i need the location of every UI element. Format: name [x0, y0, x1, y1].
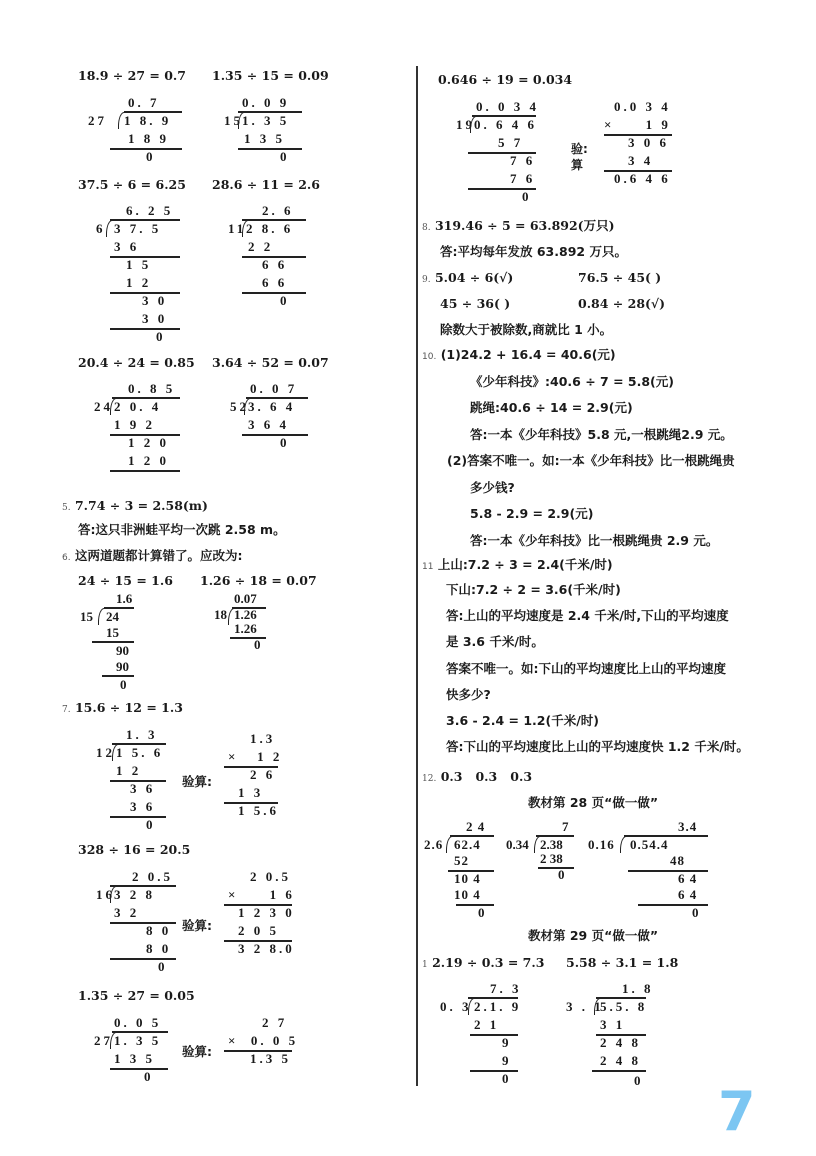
question-number: 5.	[62, 503, 71, 513]
product: 0.6 4 6	[614, 170, 671, 188]
question-number: 10.	[422, 352, 436, 362]
step: 2 1	[474, 1016, 499, 1034]
step: 3 6	[114, 238, 139, 256]
multiplicand: 2 7	[262, 1014, 287, 1032]
divisor: 2.6	[424, 836, 443, 854]
step: 6 4	[678, 886, 697, 904]
equation: 20.4 ÷ 24 = 0.85	[78, 355, 195, 371]
question-8: 8. 319.46 ÷ 5 = 63.892(万只)	[422, 218, 615, 236]
quotient: 0. 0 5	[114, 1014, 161, 1032]
check-label: 算	[571, 156, 583, 173]
step: 1 2	[126, 274, 151, 292]
equation: 18.9 ÷ 27 = 0.7	[78, 68, 186, 84]
expression: 45 ÷ 36( )	[440, 296, 510, 312]
product: 3 2 8.0	[238, 940, 295, 958]
quotient: 1. 8	[622, 980, 654, 998]
question-12: 12. 0.3 0.3 0.3	[422, 769, 532, 787]
question-number: 9.	[422, 275, 431, 285]
step: 6 6	[262, 274, 287, 292]
expression: 0.84 ÷ 28(√)	[578, 296, 665, 312]
remainder: 0	[634, 1072, 644, 1090]
question-11: 11 上山:7.2 ÷ 3 = 2.4(千米/时)	[422, 557, 613, 575]
remainder: 0	[156, 328, 166, 346]
answer-text: 是 3.6 千米/时。	[446, 634, 544, 650]
question-6: 6. 这两道题都计算错了。应改为:	[62, 548, 242, 566]
multiplier: × 1 9	[604, 116, 671, 134]
solution-line: 下山:7.2 ÷ 2 = 3.6(千米/时)	[446, 582, 621, 598]
partial-product: 2 0 5	[238, 922, 279, 940]
answer-text: 答:平均每年发放 63.892 万只。	[440, 244, 627, 260]
remainder: 0	[254, 636, 261, 654]
step: 5 7	[498, 134, 523, 152]
equation: 2.19 ÷ 0.3 = 7.3	[432, 955, 544, 970]
question-10: 10. (1)24.2 + 16.4 = 40.6(元)	[422, 347, 616, 365]
question-number: 7.	[62, 705, 71, 715]
remainder: 0	[120, 676, 127, 694]
check-label: 验算:	[182, 916, 212, 934]
dividend: 0. 6 4 6	[474, 116, 537, 134]
product: 1 5.6	[238, 802, 279, 820]
dividend: 1. 3 5	[114, 1032, 161, 1050]
step: 1 3 5	[114, 1050, 155, 1068]
question-7: 7. 15.6 ÷ 12 = 1.3	[62, 700, 183, 718]
quotient: 2 0.5	[132, 868, 173, 886]
question-number: 11	[422, 562, 433, 572]
equation: 3.64 ÷ 52 = 0.07	[212, 355, 329, 371]
quotient: 6. 2 5	[126, 202, 173, 220]
partial-product: 3 4	[628, 152, 653, 170]
multiplier: × 1 6	[228, 886, 295, 904]
step: 1 2	[116, 762, 141, 780]
answer-text: 答:下山的平均速度比上山的平均速度快 1.2 千米/时。	[446, 739, 749, 755]
step: 3 2	[114, 904, 139, 922]
multiplier: × 1 2	[228, 748, 282, 766]
page-number: 7	[718, 1080, 756, 1143]
partial-product: 2 6	[250, 766, 275, 784]
step: 1 2 0	[128, 434, 169, 452]
equation: 319.46 ÷ 5 = 63.892(万只)	[435, 218, 615, 233]
solution-line: 答案不唯一。如:下山的平均速度比上山的平均速度	[446, 661, 726, 677]
step: 2 4 8	[600, 1034, 641, 1052]
step: 3 1	[600, 1016, 625, 1034]
equation: 1.35 ÷ 15 = 0.09	[212, 68, 329, 84]
step: 3 0	[142, 292, 167, 310]
step: 2 2	[248, 238, 273, 256]
product: 1.3 5	[250, 1050, 291, 1068]
equation: 5.58 ÷ 3.1 = 1.8	[566, 955, 678, 971]
column-divider	[416, 66, 418, 1086]
answer-text: 答:这只非洲蛙平均一次跳 2.58 m。	[78, 522, 286, 538]
step: 15	[106, 624, 119, 642]
equation: 15.6 ÷ 12 = 1.3	[75, 700, 183, 715]
question-number: 8.	[422, 223, 431, 233]
step: 2 4 8	[600, 1052, 641, 1070]
equation: 1.35 ÷ 27 = 0.05	[78, 988, 195, 1004]
dividend: 1. 3 5	[242, 112, 289, 130]
remainder: 0	[158, 958, 168, 976]
divisor: 0.16	[588, 836, 615, 854]
remainder: 0	[502, 1070, 512, 1088]
quotient: 0. 7	[128, 94, 160, 112]
solution-line: (1)24.2 + 16.4 = 40.6(元)	[441, 347, 616, 362]
step: 1 3 5	[244, 130, 285, 148]
step: 10 4	[454, 886, 481, 904]
equation: 7.74 ÷ 3 = 2.58(m)	[75, 498, 208, 513]
multiplier: × 0. 0 5	[228, 1032, 298, 1050]
equation: 37.5 ÷ 6 = 6.25	[78, 177, 186, 193]
solution-line: 上山:7.2 ÷ 3 = 2.4(千米/时)	[438, 557, 613, 572]
solution-line: 3.6 - 2.4 = 1.2(千米/时)	[446, 713, 599, 729]
quotient: 7. 3	[490, 980, 522, 998]
answer-text: 答:一本《少年科技》比一根跳绳贵 2.9 元。	[470, 533, 718, 549]
quotient: 0. 0 3 4	[476, 98, 539, 116]
answer-text: 答:一本《少年科技》5.8 元,一根跳绳2.9 元。	[470, 427, 733, 443]
remainder: 0	[146, 816, 156, 834]
step: 52	[454, 852, 469, 870]
remainder: 0	[146, 148, 156, 166]
question-number: 1	[422, 960, 428, 970]
remainder: 0	[558, 866, 565, 884]
step: 48	[670, 852, 685, 870]
note-text: 除数大于被除数,商就比 1 小。	[440, 322, 612, 338]
check-label: 验算:	[182, 1042, 212, 1060]
step: 9	[502, 1052, 512, 1070]
step: 7 6	[510, 170, 535, 188]
quotient: 1.6	[116, 590, 132, 608]
quotient: 7	[562, 818, 569, 836]
dividend: 3 7. 5	[114, 220, 161, 238]
step: 3 0	[142, 310, 167, 328]
step: 1 5	[126, 256, 151, 274]
divisor: 18	[214, 606, 227, 624]
equation: 24 ÷ 15 = 1.6	[78, 573, 173, 589]
dividend: 1 5. 6	[116, 744, 163, 762]
quotient: 2. 6	[262, 202, 294, 220]
section-heading: 教材第 29 页“做一做”	[528, 928, 658, 944]
solution-line: 《少年科技》:40.6 ÷ 7 = 5.8(元)	[470, 374, 674, 390]
remainder: 0	[280, 434, 290, 452]
textbook-question-1: 1 2.19 ÷ 0.3 = 7.3	[422, 955, 544, 973]
solution-line: 多少钱?	[470, 480, 515, 496]
equation: 28.6 ÷ 11 = 2.6	[212, 177, 320, 193]
step: 6 6	[262, 256, 287, 274]
solution-line: 跳绳:40.6 ÷ 14 = 2.9(元)	[470, 400, 633, 416]
answer-text: 答:上山的平均速度是 2.4 千米/时,下山的平均速度	[446, 608, 729, 624]
step: 7 6	[510, 152, 535, 170]
step: 3 6	[130, 780, 155, 798]
step: 3 6	[130, 798, 155, 816]
step: 1 9 2	[114, 416, 155, 434]
section-heading: 教材第 28 页“做一做”	[528, 795, 658, 811]
question-5: 5. 7.74 ÷ 3 = 2.58(m)	[62, 498, 208, 516]
equation: 1.26 ÷ 18 = 0.07	[200, 573, 317, 589]
remainder: 0	[280, 292, 290, 310]
quotient: 0. 0 9	[242, 94, 289, 112]
remainder: 0	[144, 1068, 154, 1086]
dividend: 2.1. 9	[474, 998, 521, 1016]
check-label: 验算:	[182, 772, 212, 790]
divisor: 15	[80, 608, 93, 626]
remainder: 0	[692, 904, 700, 922]
dividend: 0.54.4	[630, 836, 669, 854]
step: 9	[502, 1034, 512, 1052]
solution-line: 5.8 - 2.9 = 2.9(元)	[470, 506, 593, 522]
equation: 328 ÷ 16 = 20.5	[78, 842, 190, 858]
dividend: 3 2 8	[114, 886, 155, 904]
quotient: 1. 3	[126, 726, 158, 744]
step: 1 2 0	[128, 452, 169, 470]
expression: 5.04 ÷ 6(√)	[435, 270, 513, 285]
dividend: 5.5. 8	[600, 998, 647, 1016]
divisor: 27	[88, 112, 107, 130]
dividend: 3. 6 4	[248, 398, 295, 416]
question-9: 9. 5.04 ÷ 6(√)	[422, 270, 513, 288]
quotient: 0. 0 7	[250, 380, 297, 398]
question-number: 12.	[422, 774, 436, 784]
equation: 0.646 ÷ 19 = 0.034	[438, 72, 572, 88]
partial-product: 3 0 6	[628, 134, 669, 152]
question-number: 6.	[62, 553, 71, 563]
partial-product: 1 3	[238, 784, 263, 802]
check-label: 验:	[571, 140, 588, 157]
answer-values: 0.3 0.3 0.3	[441, 769, 532, 784]
dividend: 2 0. 4	[114, 398, 161, 416]
divisor: 0. 3	[440, 998, 472, 1016]
step: 8 0	[146, 940, 171, 958]
quotient: 0. 8 5	[128, 380, 175, 398]
step: 90	[116, 658, 129, 676]
solution-line: (2)答案不唯一。如:一本《少年科技》比一根跳绳贵	[447, 453, 735, 469]
dividend: 1 8. 9	[124, 112, 171, 130]
divisor: 0.34	[506, 836, 529, 854]
remainder: 0	[478, 904, 486, 922]
partial-product: 1 2 3 0	[238, 904, 295, 922]
multiplicand: 1.3	[250, 730, 275, 748]
quotient: 3.4	[678, 818, 697, 836]
step: 1 8 9	[128, 130, 169, 148]
step: 3 6 4	[248, 416, 289, 434]
intro-text: 这两道题都计算错了。应改为:	[75, 548, 243, 563]
step: 8 0	[146, 922, 171, 940]
multiplicand: 0.0 3 4	[614, 98, 671, 116]
multiplicand: 2 0.5	[250, 868, 291, 886]
divisor: 6	[96, 220, 106, 238]
quotient: 2 4	[466, 818, 485, 836]
dividend: 2 8. 6	[246, 220, 293, 238]
expression: 76.5 ÷ 45( )	[578, 270, 661, 286]
remainder: 0	[522, 188, 532, 206]
solution-line: 快多少?	[446, 687, 491, 703]
remainder: 0	[280, 148, 290, 166]
